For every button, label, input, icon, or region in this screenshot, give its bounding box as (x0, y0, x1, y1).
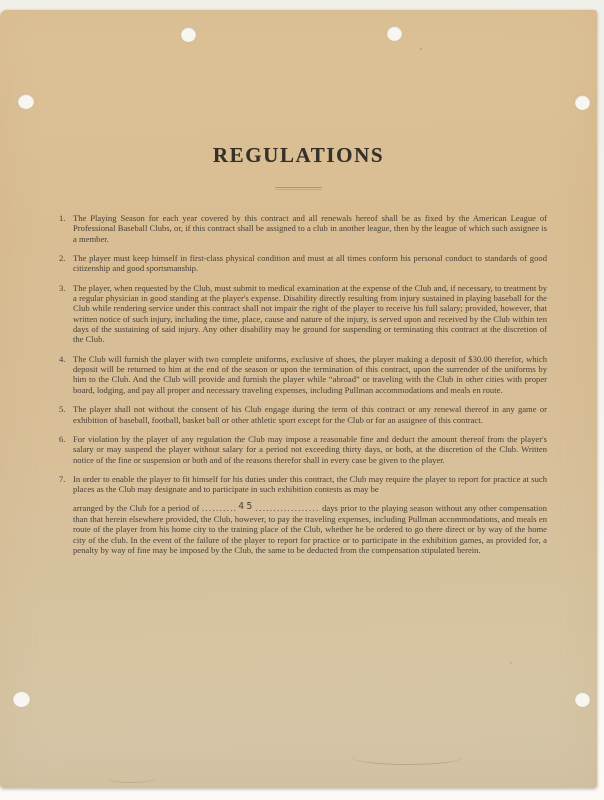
paper-speck (510, 662, 512, 664)
page-title: REGULATIONS (0, 142, 597, 168)
item-text: The player, when requested by the Club, … (73, 283, 547, 345)
regulation-item-4: 4. The Club will furnish the player with… (59, 354, 547, 395)
punch-hole-left-lower (13, 691, 30, 707)
fill-dots-before: .......... (202, 503, 237, 513)
title-divider (275, 187, 322, 190)
regulation-item-2: 2. The player must keep himself in first… (59, 253, 547, 274)
item-text: The Club will furnish the player with tw… (73, 354, 547, 395)
punch-hole-top-right (387, 26, 402, 41)
punch-hole-top-left (181, 27, 196, 42)
item-number: 3. (59, 283, 73, 345)
paper-speck (148, 308, 150, 310)
item-number: 5. (59, 404, 73, 425)
fill-in-days-value: 45 (237, 501, 255, 512)
paper-speck (420, 48, 422, 50)
item-text: The player must keep himself in first-cl… (73, 253, 547, 274)
item-number: 7. (59, 474, 73, 555)
regulation-item-7: 7. In order to enable the player to fit … (59, 474, 547, 555)
regulation-item-3: 3. The player, when requested by the Clu… (59, 283, 547, 345)
item-text-fill-line: arranged by the Club for a period of ...… (73, 503, 547, 556)
item-text: The player shall not without the consent… (73, 404, 547, 425)
regulation-item-5: 5. The player shall not without the cons… (59, 404, 547, 425)
item-text: For violation by the player of any regul… (73, 434, 547, 465)
punch-hole-left-upper (18, 94, 34, 109)
item-number: 1. (59, 213, 73, 244)
item-number: 6. (59, 434, 73, 465)
paper-sheet: REGULATIONS 1. The Playing Season for ea… (0, 10, 597, 788)
item-number: 4. (59, 354, 73, 395)
item-text: The Playing Season for each year covered… (73, 213, 547, 244)
regulation-item-6: 6. For violation by the player of any re… (59, 434, 547, 465)
punch-hole-right-upper (575, 95, 590, 110)
regulations-list: 1. The Playing Season for each year cove… (59, 213, 547, 555)
fill-dots-after: .................. (256, 503, 320, 513)
item-text-intro: In order to enable the player to fit him… (73, 474, 547, 495)
regulation-item-1: 1. The Playing Season for each year cove… (59, 213, 547, 244)
item-number: 2. (59, 253, 73, 274)
paper-crease (352, 750, 462, 765)
punch-hole-right-lower (575, 692, 590, 707)
scan-background: { "document": { "title": "REGULATIONS", … (0, 0, 604, 800)
fill-lead-text: arranged by the Club for a period of (73, 503, 202, 513)
paper-crease (106, 773, 156, 783)
